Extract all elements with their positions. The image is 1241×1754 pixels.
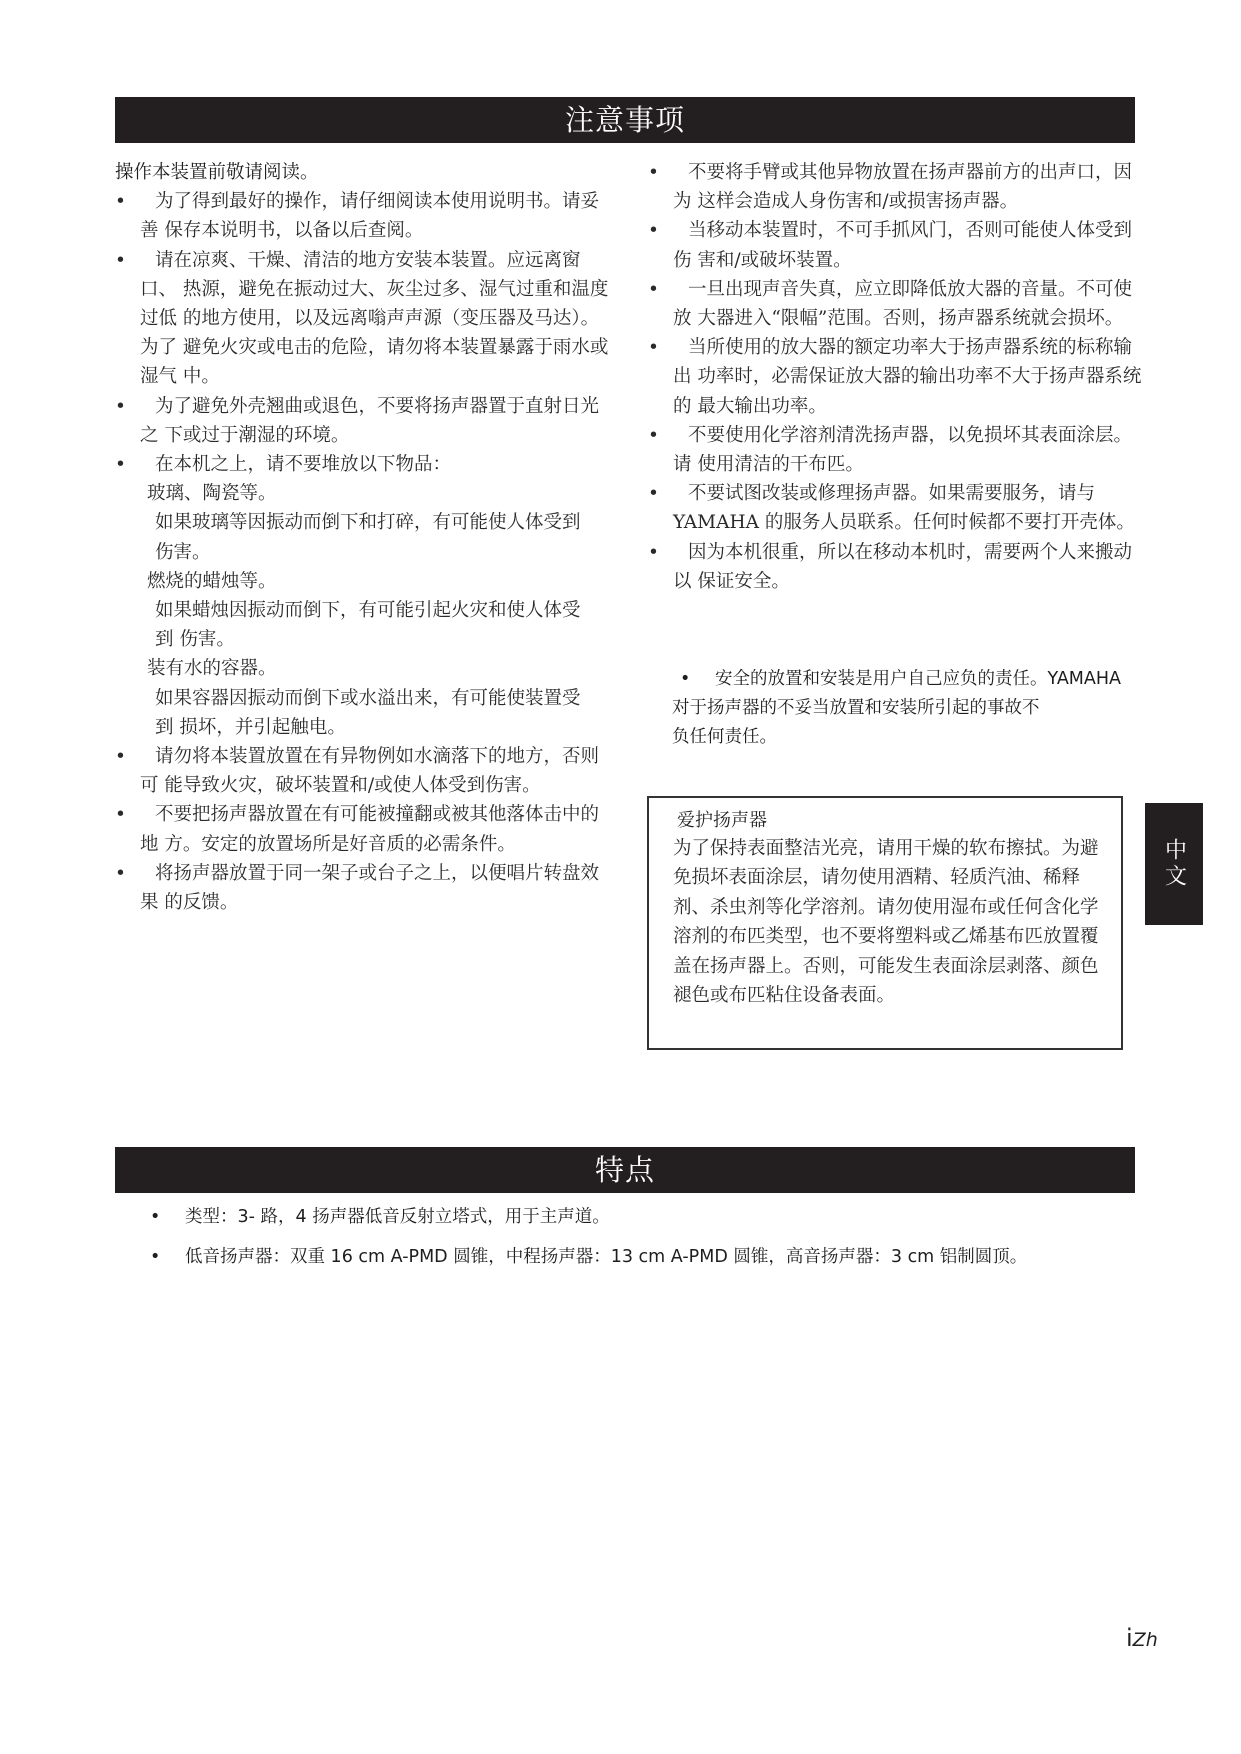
bullet-icon: •: [648, 421, 666, 450]
list-item: • 当移动本装置时，不可手抓风门，否则可能使人体受到伤 害和/或破坏装置。: [648, 216, 1143, 274]
sub-item-heading: 燃烧的蜡烛等。: [115, 567, 615, 596]
list-item: • 当所使用的放大器的额定功率大于扬声器系统的标称输出 功率时，必需保证放大器的…: [648, 333, 1143, 421]
bullet-icon: •: [115, 246, 133, 275]
intro-lead: 操作本装置前敬请阅读。: [115, 158, 615, 187]
list-item: • 不要使用化学溶剂清洗扬声器，以免损坏其表面涂层。请 使用清洁的干布匹。: [648, 421, 1143, 479]
list-item-text: 请勿将本装置放置在有异物例如水滴落下的地方，否则可 能导致火灾，破坏装置和/或使…: [140, 742, 610, 800]
list-item: • 因为本机很重，所以在移动本机时，需要两个人来搬动以 保证安全。: [648, 538, 1143, 596]
bullet-icon: •: [648, 158, 666, 187]
care-box: 爱护扬声器 为了保持表面整洁光亮，请用干燥的软布擦拭。为避免损坏表面涂层，请勿使…: [647, 796, 1123, 1050]
language-tab-label: 中文: [1159, 838, 1190, 890]
sub-item-body: 如果蜡烛因振动而倒下，有可能引起火灾和使人体受到 伤害。: [115, 596, 585, 654]
liability-note: •安全的放置和安装是用户自己应负的责任。YAMAHA 对于扬声器的不妥当放置和安…: [672, 665, 1192, 752]
list-item-text: 为了避免外壳翘曲或退色，不要将扬声器置于直射日光之 下或过于潮湿的环境。: [140, 392, 610, 450]
list-item-text: 一旦出现声音失真，应立即降低放大器的音量。不可使放 大器进入“限幅”范围。否则，…: [673, 275, 1143, 333]
bullet-icon: •: [115, 800, 133, 829]
feature-text: 低音扬声器：双重 16 cm A-PMD 圆锥，中程扬声器：13 cm A-PM…: [185, 1247, 1027, 1267]
section-header-notes: 注意事项: [115, 97, 1135, 143]
sub-item-body: 如果容器因振动而倒下或水溢出来，有可能使装置受到 损坏，并引起触电。: [115, 684, 585, 742]
feature-item: • 低音扬声器：双重 16 cm A-PMD 圆锥，中程扬声器：13 cm A-…: [150, 1243, 1150, 1283]
sub-item-heading: 装有水的容器。: [115, 654, 615, 683]
list-item-text: 当所使用的放大器的额定功率大于扬声器系统的标称输出 功率时，必需保证放大器的输出…: [673, 333, 1143, 421]
list-item-text: 当移动本装置时，不可手抓风门，否则可能使人体受到伤 害和/或破坏装置。: [673, 216, 1143, 274]
bullet-icon: •: [115, 450, 133, 479]
care-box-title: 爱护扬声器: [673, 808, 1099, 834]
liability-note-line: 安全的放置和安装是用户自己应负的责任。YAMAHA: [715, 669, 1121, 689]
right-column: • 不要将手臂或其他异物放置在扬声器前方的出声口，因为 这样会造成人身伤害和/或…: [648, 158, 1148, 596]
bullet-icon: •: [115, 859, 133, 888]
left-column: 操作本装置前敬请阅读。 • 为了得到最好的操作，请仔细阅读本使用说明书。请妥善 …: [115, 158, 615, 917]
bullet-icon: •: [115, 742, 133, 771]
list-item: • 不要试图改装或修理扬声器。如果需要服务，请与 YAMAHA 的服务人员联系。…: [648, 479, 1143, 537]
bullet-icon: •: [150, 1243, 160, 1271]
list-item-text: 因为本机很重，所以在移动本机时，需要两个人来搬动以 保证安全。: [673, 538, 1143, 596]
bullet-icon: •: [648, 333, 666, 362]
page-number-suffix: Zh: [1133, 1629, 1158, 1651]
list-item: • 一旦出现声音失真，应立即降低放大器的音量。不可使放 大器进入“限幅”范围。否…: [648, 275, 1143, 333]
list-item-text: 不要将手臂或其他异物放置在扬声器前方的出声口，因为 这样会造成人身伤害和/或损害…: [673, 158, 1143, 216]
sub-item-heading: 玻璃、陶瓷等。: [115, 479, 615, 508]
list-item: • 不要将手臂或其他异物放置在扬声器前方的出声口，因为 这样会造成人身伤害和/或…: [648, 158, 1143, 216]
care-box-body: 为了保持表面整洁光亮，请用干燥的软布擦拭。为避免损坏表面涂层，请勿使用酒精、轻质…: [673, 834, 1099, 1010]
sub-item-body: 如果玻璃等因振动而倒下和打碎，有可能使人体受到伤害。: [115, 508, 585, 566]
list-item: • 请勿将本装置放置在有异物例如水滴落下的地方，否则可 能导致火灾，破坏装置和/…: [115, 742, 610, 800]
bullet-icon: •: [648, 479, 666, 508]
list-item: • 为了得到最好的操作，请仔细阅读本使用说明书。请妥善 保存本说明书，以备以后查…: [115, 187, 610, 245]
list-item-text: 不要使用化学溶剂清洗扬声器，以免损坏其表面涂层。请 使用清洁的干布匹。: [673, 421, 1143, 479]
feature-text: 类型：3- 路，4 扬声器低音反射立塔式，用于主声道。: [185, 1207, 610, 1227]
language-tab: 中文: [1145, 803, 1203, 925]
feature-item: • 类型：3- 路，4 扬声器低音反射立塔式，用于主声道。: [150, 1203, 1150, 1243]
list-item-text: 在本机之上，请不要堆放以下物品：: [140, 450, 610, 479]
list-item-text: 将扬声器放置于同一架子或台子之上，以便唱片转盘效果 的反馈。: [140, 859, 610, 917]
list-item-text: 请在凉爽、干燥、清洁的地方安装本装置。应远离窗口、 热源，避免在振动过大、灰尘过…: [140, 246, 610, 392]
bullet-icon: •: [115, 392, 133, 421]
list-item-text: 不要把扬声器放置在有可能被撞翻或被其他落体击中的地 方。安定的放置场所是好音质的…: [140, 800, 610, 858]
page-number: iZh: [1126, 1624, 1158, 1652]
features-list: • 类型：3- 路，4 扬声器低音反射立塔式，用于主声道。 • 低音扬声器：双重…: [150, 1203, 1150, 1283]
list-item-text: 为了得到最好的操作，请仔细阅读本使用说明书。请妥善 保存本说明书，以备以后查阅。: [140, 187, 610, 245]
bullet-icon: •: [680, 665, 715, 694]
page-number-main: i: [1126, 1624, 1133, 1652]
list-item: • 请在凉爽、干燥、清洁的地方安装本装置。应远离窗口、 热源，避免在振动过大、灰…: [115, 246, 610, 392]
liability-note-line: 负任何责任。: [672, 723, 1192, 752]
list-item-text: 不要试图改装或修理扬声器。如果需要服务，请与 YAMAHA 的服务人员联系。任何…: [673, 479, 1143, 537]
list-item: • 在本机之上，请不要堆放以下物品：: [115, 450, 610, 479]
list-item: • 为了避免外壳翘曲或退色，不要将扬声器置于直射日光之 下或过于潮湿的环境。: [115, 392, 610, 450]
bullet-icon: •: [648, 275, 666, 304]
bullet-icon: •: [150, 1203, 160, 1231]
bullet-icon: •: [648, 216, 666, 245]
list-item: • 不要把扬声器放置在有可能被撞翻或被其他落体击中的地 方。安定的放置场所是好音…: [115, 800, 610, 858]
bullet-icon: •: [115, 187, 133, 216]
liability-note-line: 对于扬声器的不妥当放置和安装所引起的事故不: [672, 694, 1192, 723]
list-item: • 将扬声器放置于同一架子或台子之上，以便唱片转盘效果 的反馈。: [115, 859, 610, 917]
section-header-features: 特点: [115, 1147, 1135, 1193]
bullet-icon: •: [648, 538, 666, 567]
